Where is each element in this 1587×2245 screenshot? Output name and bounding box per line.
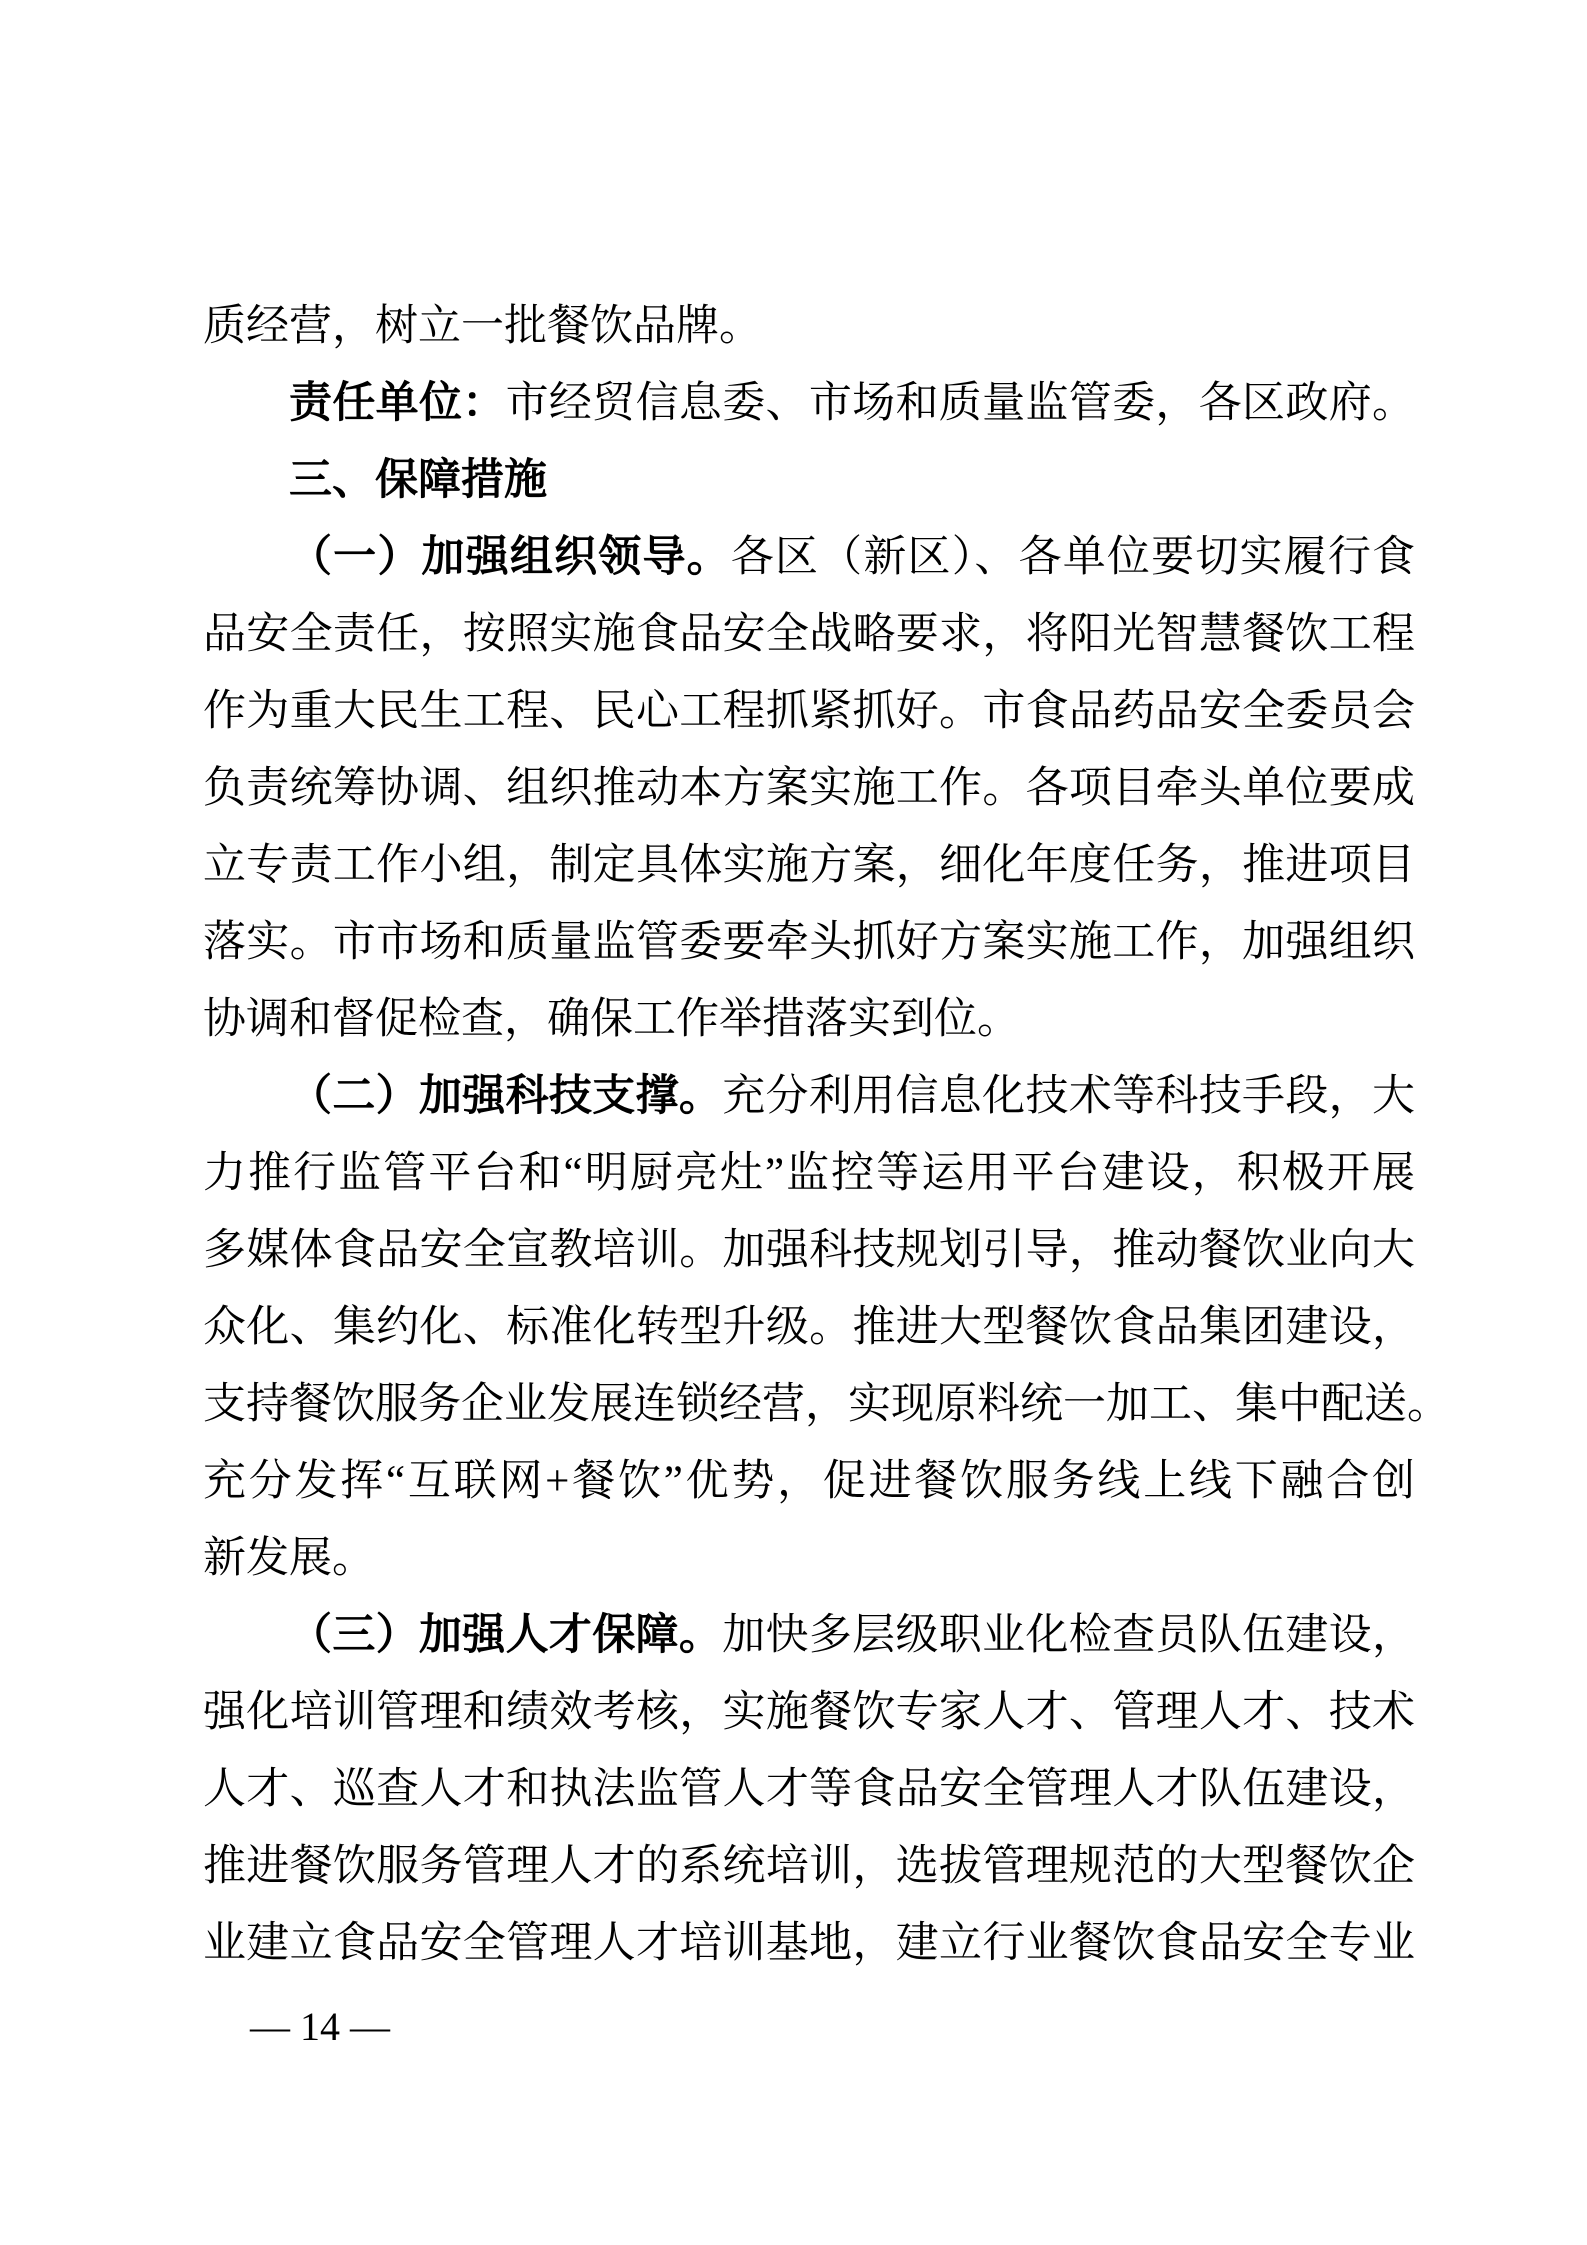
text-line: 推进餐饮服务管理人才的系统培训，选拔管理规范的大型餐饮企 [203, 1828, 1415, 1905]
text-run: 力推行监管平台和“明厨亮灶”监控等运用平台建设，积极开展 [203, 1150, 1415, 1197]
document-body: 质经营，树立一批餐饮品牌。责任单位：市经贸信息委、市场和质量监管委，各区政府。三… [203, 288, 1415, 1982]
emphasized-text-run: （一）加强组织领导。 [289, 534, 731, 581]
text-line: 落实。市市场和质量监管委要牵头抓好方案实施工作，加强组织 [203, 904, 1415, 981]
text-line: 负责统筹协调、组织推动本方案实施工作。各项目牵头单位要成 [203, 750, 1415, 827]
text-run: 充分利用信息化技术等科技手段，大 [722, 1073, 1415, 1120]
text-run: 协调和督促检查，确保工作举措落实到位。 [203, 996, 1020, 1043]
text-run: 各区（新区）、各单位要切实履行食 [731, 534, 1415, 581]
text-line: 新发展。 [203, 1520, 1415, 1597]
text-line: 人才、巡查人才和执法监管人才等食品安全管理人才队伍建设， [203, 1751, 1415, 1828]
text-line: 众化、集约化、标准化转型升级。推进大型餐饮食品集团建设， [203, 1289, 1415, 1366]
text-line: 立专责工作小组，制定具体实施方案，细化年度任务，推进项目 [203, 827, 1415, 904]
text-run: 支持餐饮服务企业发展连锁经营，实现原料统一加工、集中配送。 [203, 1381, 1450, 1428]
text-run: 作为重大民生工程、民心工程抓紧抓好。市食品药品安全委员会 [203, 688, 1415, 735]
emphasized-text-run: （三）加强人才保障。 [289, 1612, 722, 1659]
text-run: 人才、巡查人才和执法监管人才等食品安全管理人才队伍建设， [203, 1766, 1415, 1813]
emphasized-text-run: （二）加强科技支撑。 [289, 1073, 722, 1120]
page: { "page": { "number_label": "— 14 —" }, … [0, 0, 1587, 2245]
text-run: 新发展。 [203, 1535, 375, 1582]
text-run: 市经贸信息委、市场和质量监管委，各区政府。 [506, 380, 1415, 427]
text-line: 充分发挥“互联网+餐饮”优势，促进餐饮服务线上线下融合创 [203, 1443, 1415, 1520]
text-line: （一）加强组织领导。各区（新区）、各单位要切实履行食 [203, 519, 1415, 596]
text-line: 协调和督促检查，确保工作举措落实到位。 [203, 981, 1415, 1058]
text-run: 众化、集约化、标准化转型升级。推进大型餐饮食品集团建设， [203, 1304, 1415, 1351]
text-line: 责任单位：市经贸信息委、市场和质量监管委，各区政府。 [203, 365, 1415, 442]
text-line: （三）加强人才保障。加快多层级职业化检查员队伍建设， [203, 1597, 1415, 1674]
text-line: 多媒体食品安全宣教培训。加强科技规划引导，推动餐饮业向大 [203, 1212, 1415, 1289]
text-line: 质经营，树立一批餐饮品牌。 [203, 288, 1415, 365]
text-run: 落实。市市场和质量监管委要牵头抓好方案实施工作，加强组织 [203, 919, 1415, 966]
emphasized-text-run: 三、保障措施 [289, 457, 547, 504]
text-line: 品安全责任，按照实施食品安全战略要求，将阳光智慧餐饮工程 [203, 596, 1415, 673]
text-line: 强化培训管理和绩效考核，实施餐饮专家人才、管理人才、技术 [203, 1674, 1415, 1751]
text-run: 负责统筹协调、组织推动本方案实施工作。各项目牵头单位要成 [203, 765, 1415, 812]
text-run: 加快多层级职业化检查员队伍建设， [722, 1612, 1415, 1659]
text-line: 支持餐饮服务企业发展连锁经营，实现原料统一加工、集中配送。 [203, 1366, 1415, 1443]
text-line: 三、保障措施 [203, 442, 1415, 519]
text-line: （二）加强科技支撑。充分利用信息化技术等科技手段，大 [203, 1058, 1415, 1135]
text-run: 业建立食品安全管理人才培训基地，建立行业餐饮食品安全专业 [203, 1920, 1415, 1967]
text-line: 业建立食品安全管理人才培训基地，建立行业餐饮食品安全专业 [203, 1905, 1415, 1982]
emphasized-text-run: 责任单位： [289, 380, 506, 427]
text-run: 充分发挥“互联网+餐饮”优势，促进餐饮服务线上线下融合创 [203, 1458, 1415, 1505]
text-run: 强化培训管理和绩效考核，实施餐饮专家人才、管理人才、技术 [203, 1689, 1415, 1736]
text-line: 力推行监管平台和“明厨亮灶”监控等运用平台建设，积极开展 [203, 1135, 1415, 1212]
text-line: 作为重大民生工程、民心工程抓紧抓好。市食品药品安全委员会 [203, 673, 1415, 750]
page-number: — 14 — [250, 2003, 390, 2051]
text-run: 立专责工作小组，制定具体实施方案，细化年度任务，推进项目 [203, 842, 1415, 889]
text-run: 质经营，树立一批餐饮品牌。 [203, 303, 762, 350]
text-run: 品安全责任，按照实施食品安全战略要求，将阳光智慧餐饮工程 [203, 611, 1415, 658]
text-run: 推进餐饮服务管理人才的系统培训，选拔管理规范的大型餐饮企 [203, 1843, 1415, 1890]
text-run: 多媒体食品安全宣教培训。加强科技规划引导，推动餐饮业向大 [203, 1227, 1415, 1274]
